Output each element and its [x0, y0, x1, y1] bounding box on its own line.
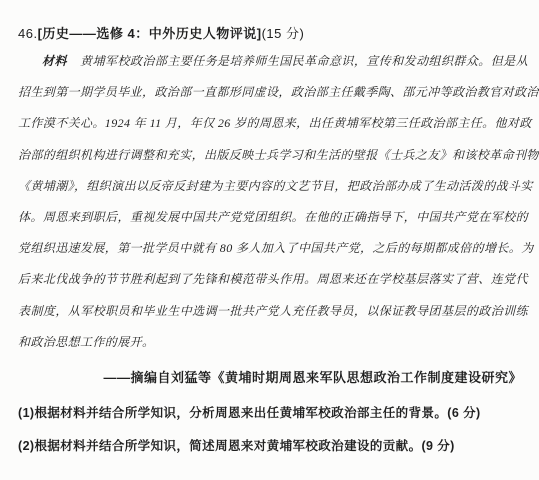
exam-page: 46.[历史——选修 4：中外历史人物评说](15 分) 材料黄埔军校政治部主要… — [0, 0, 539, 480]
question-title: [历史——选修 4：中外历史人物评说] — [38, 26, 262, 41]
material-paragraph: 材料黄埔军校政治部主要任务是培养师生国民革命意识，宣传和发动组织群众。但是从 招… — [18, 46, 528, 358]
sub-question: (1)根据材料并结合所学知识，分析周恩来出任黄埔军校政治部主任的背景。(6 分) — [18, 403, 529, 423]
sub-questions: (1)根据材料并结合所学知识，分析周恩来出任黄埔军校政治部主任的背景。(6 分)… — [18, 403, 529, 469]
material-line: 《黄埔潮》，组织演出以反帝反封建为主要内容的文艺节目，把政治部办成了生动活泼的战… — [18, 171, 528, 202]
material-line: 体。周恩来到职后，重视发展中国共产党党团组织。在他的正确指导下，中国共产党在军校… — [18, 202, 528, 233]
material-line: 和政治思想工作的展开。 — [18, 327, 528, 358]
question-score: (15 分) — [262, 26, 305, 41]
material-first-line-text: 黄埔军校政治部主要任务是培养师生国民革命意识，宣传和发动组织群众。但是从 — [80, 54, 528, 68]
material-line: 工作漠不关心。1924 年 11 月，年仅 26 岁的周恩来，出任黄埔军校第三任… — [18, 108, 528, 139]
material-line: 治部的组织机构进行调整和充实，出版反映士兵学习和生活的壁报《士兵之友》和该校革命… — [18, 140, 528, 171]
material-line: 党组织迅速发展，第一批学员中就有 80 多人加入了中国共产党，之后的每期都成倍的… — [18, 233, 528, 264]
material-lines: 招生到第一期学员毕业，政治部一直都形同虚设，政治部主任戴季陶、邵元冲等政治教官对… — [18, 77, 528, 358]
material-label: 材料 — [42, 54, 67, 68]
source-attribution: ——摘编自刘猛等《黄埔时期周恩来军队思想政治工作制度建设研究》 — [18, 368, 522, 388]
material-line: 表制度，从军校职员和毕业生中选调一批共产党人充任教导员，以保证教导团基层的政治训… — [18, 296, 528, 327]
sub-question: (2)根据材料并结合所学知识，简述周恩来对黄埔军校政治建设的贡献。(9 分) — [18, 436, 529, 456]
material-line: 后来北伐战争的节节胜利起到了先锋和模范带头作用。周恩来还在学校基层落实了营、连党… — [18, 264, 528, 295]
question-header: 46.[历史——选修 4：中外历史人物评说](15 分) — [18, 24, 529, 44]
material-first-line: 材料黄埔军校政治部主要任务是培养师生国民革命意识，宣传和发动组织群众。但是从 — [18, 46, 528, 77]
question-number: 46. — [18, 26, 38, 41]
material-line: 招生到第一期学员毕业，政治部一直都形同虚设，政治部主任戴季陶、邵元冲等政治教官对… — [18, 77, 528, 108]
